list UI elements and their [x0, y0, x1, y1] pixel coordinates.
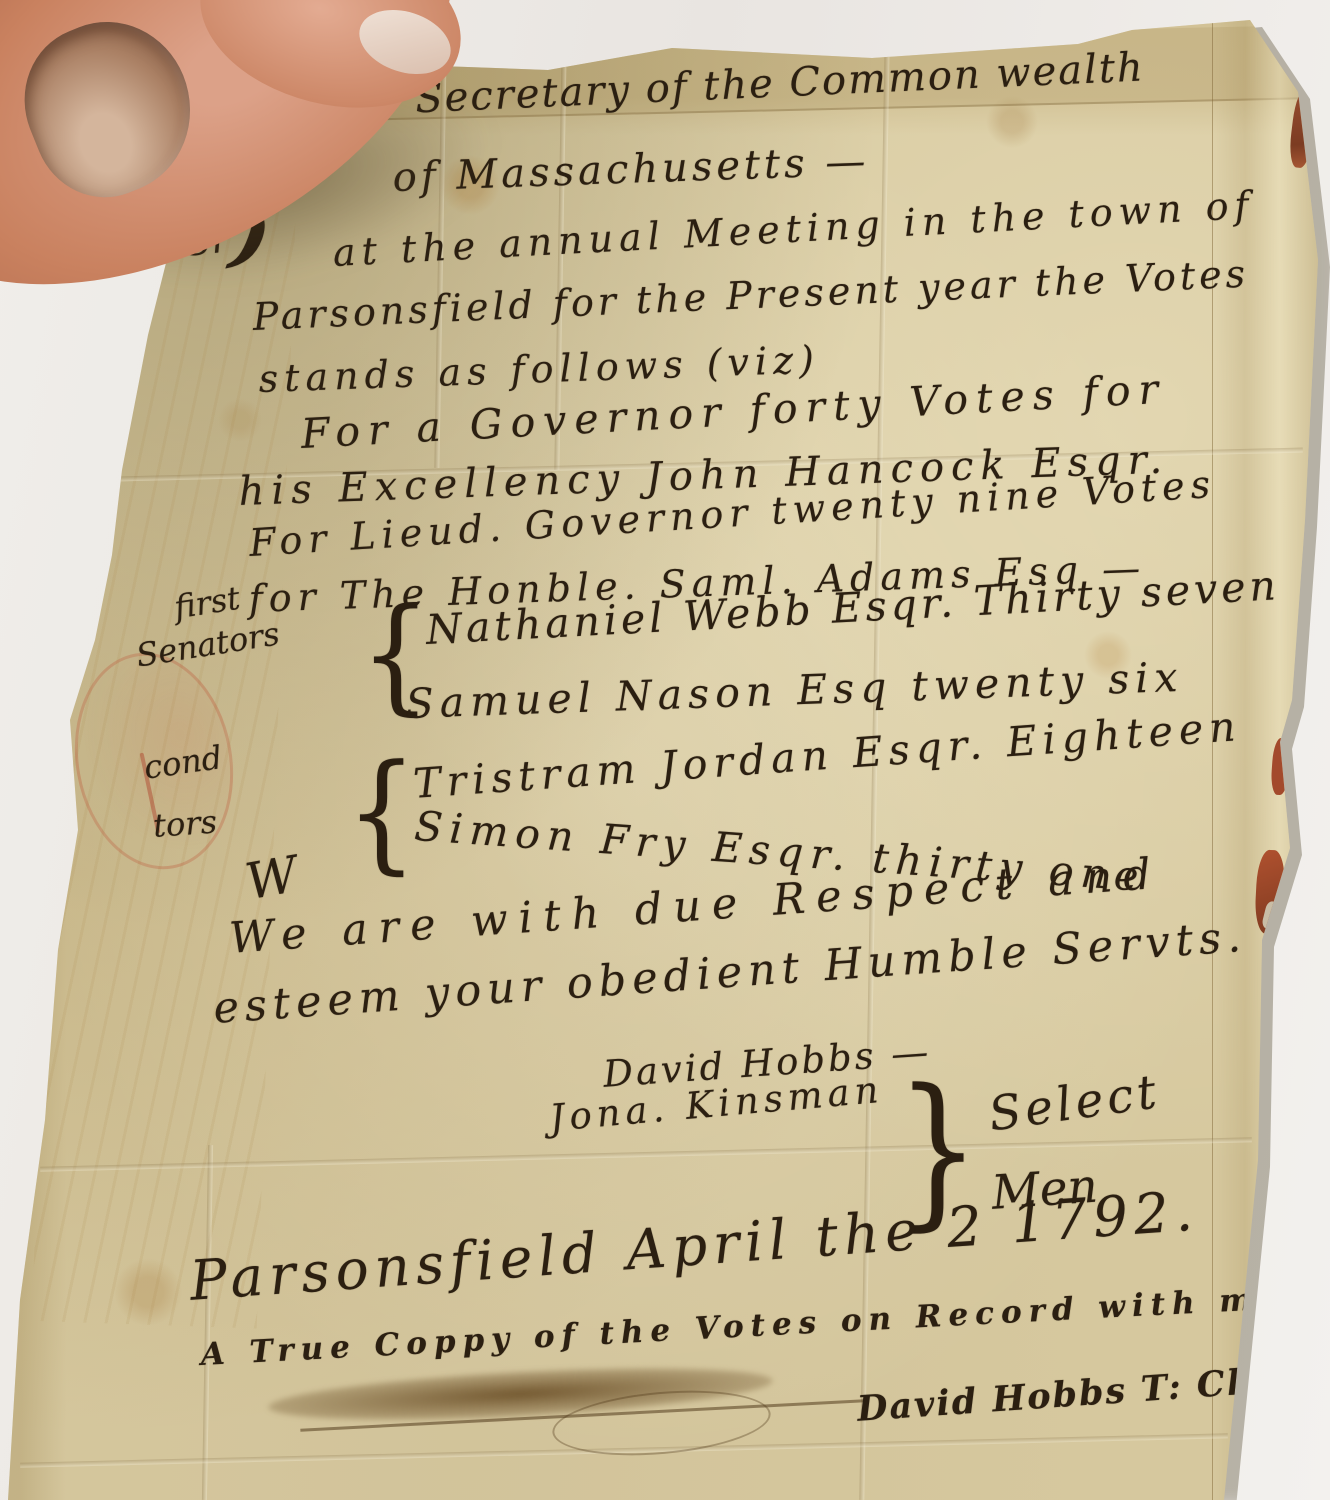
photo-scene: To the Secretary of the Common wealth of… — [0, 0, 1330, 1500]
second-senators-label: cond — [142, 741, 224, 784]
right-fold-band — [1212, 14, 1328, 1500]
dateline: Parsonsfield April the 2 1792. — [188, 1183, 1200, 1308]
second-senators-brace: { — [346, 748, 417, 877]
signers-role: Select — [986, 1068, 1163, 1138]
second-senators-label: tors — [152, 806, 218, 842]
stray-pen-mark: W — [242, 849, 301, 907]
first-senators-label: first — [172, 582, 242, 624]
